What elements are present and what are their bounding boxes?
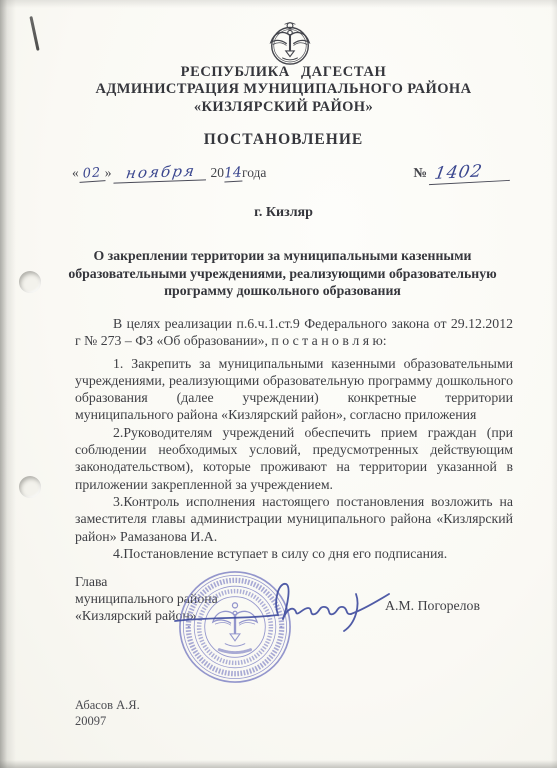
pen-mark xyxy=(29,16,39,51)
letterhead-district: «КИЗЛЯРСКИЙ РАЙОН» xyxy=(40,99,527,116)
handwritten-month: ноября xyxy=(113,161,208,183)
scan-edge-shadow-right xyxy=(551,0,557,768)
scan-edge-shadow-top xyxy=(0,0,557,8)
paragraph-2: 2.Руководителям учреждений обеспечить пр… xyxy=(75,424,513,493)
document-page: РЕСПУБЛИКА ДАГЕСТАН АДМИНИСТРАЦИЯ МУНИЦИ… xyxy=(0,0,557,768)
executor-block: Абасов А.Я. 20097 xyxy=(75,697,140,729)
year-word: года xyxy=(242,165,266,181)
paragraph-3: 3.Контроль исполнения настоящего постано… xyxy=(75,493,513,545)
dagestan-emblem-icon xyxy=(260,19,320,66)
paragraph-preamble: В целях реализации п.6.ч.1.ст.9 Федераль… xyxy=(75,315,513,350)
date-number-line: « 02 » ноября 20 14 года № 1402 xyxy=(72,162,511,190)
year-century: 20 xyxy=(211,165,225,181)
letterhead-republic: РЕСПУБЛИКА ДАГЕСТАН xyxy=(40,64,527,81)
scan-edge-shadow-bottom xyxy=(0,760,557,768)
letterhead-administration: АДМИНИСТРАЦИЯ МУНИЦИПАЛЬНОГО РАЙОНА xyxy=(40,81,527,98)
scan-edge-shadow-left xyxy=(0,0,16,768)
number-sign: № xyxy=(413,165,427,181)
handwritten-number: 1402 xyxy=(429,160,513,185)
executor-name: Абасов А.Я. xyxy=(75,697,140,713)
punch-hole-bottom xyxy=(19,476,41,498)
executor-phone: 20097 xyxy=(75,713,140,729)
punch-hole-top xyxy=(19,271,41,293)
signer-name: А.М. Погорелов xyxy=(385,598,480,614)
document-type-heading: ПОСТАНОВЛЕНИЕ xyxy=(40,131,527,149)
document-body: В целях реализации п.6.ч.1.ст.9 Федераль… xyxy=(75,315,513,562)
handwritten-day: 02 xyxy=(78,165,105,183)
document-subject: О закреплении территории за муниципальны… xyxy=(68,247,497,300)
paragraph-4: 4.Постановление вступает в силу со дня е… xyxy=(75,545,513,562)
handwritten-year: 14 xyxy=(224,165,243,183)
quote-close: » xyxy=(105,165,112,181)
paragraph-1: 1. Закрепить за муниципальными казенными… xyxy=(75,355,513,424)
handwritten-signature xyxy=(170,578,395,640)
place-line: г. Кизляр xyxy=(40,205,527,221)
